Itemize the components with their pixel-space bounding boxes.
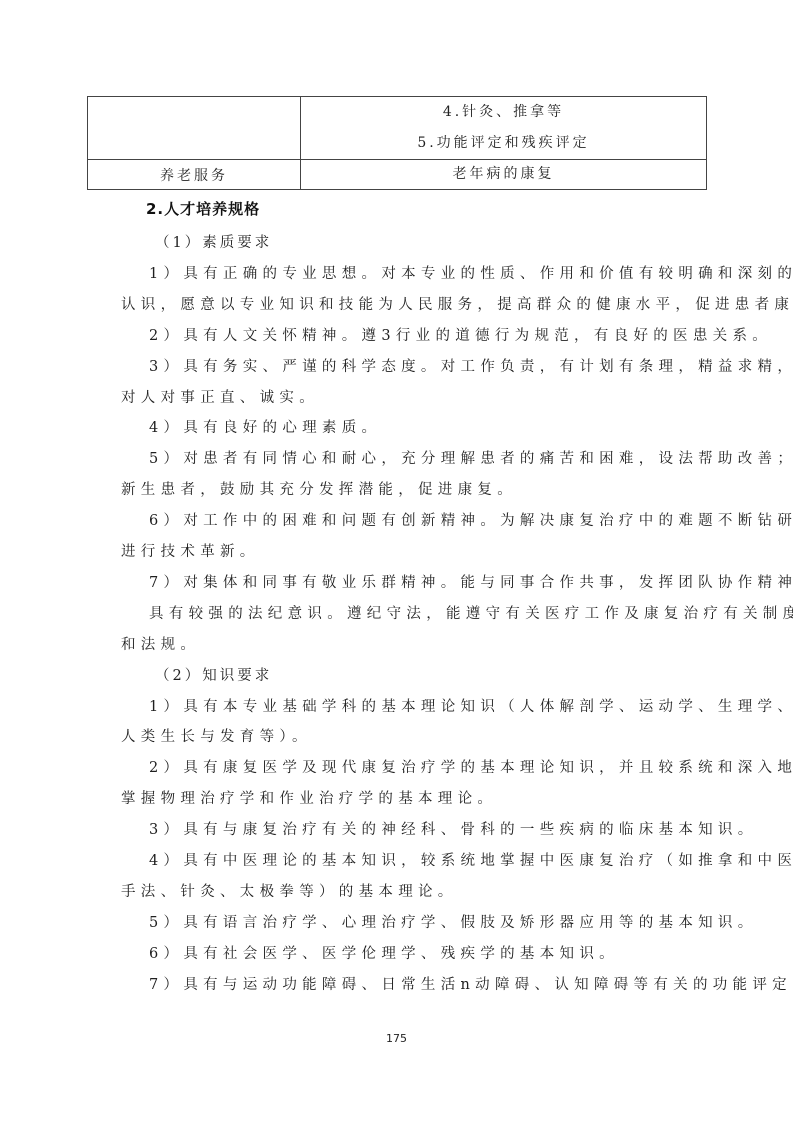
table-cell-category — [88, 97, 301, 160]
document-page: 4.针灸、推拿等 5.功能评定和残疾评定 养老服务 老年病的康复 2.人才培养规… — [0, 0, 793, 1122]
paragraph-line: 7）对集体和同事有敬业乐群精神。能与同事合作共事，发挥团队协作精神。 — [149, 573, 793, 593]
table-row: 4.针灸、推拿等 5.功能评定和残疾评定 — [88, 97, 707, 160]
paragraph-line: 4）具有良好的心理素质。 — [149, 418, 381, 438]
paragraph-line: 和法规。 — [121, 635, 200, 655]
paragraph-line: 3）具有务实、严谨的科学态度。对工作负责，有计划有条理，精益求精， — [149, 357, 793, 377]
table-cell-content: 4.针灸、推拿等 5.功能评定和残疾评定 — [301, 97, 707, 160]
paragraph-line: 2）具有人文关怀精神。遵3行业的道德行为规范，有良好的医患关系。 — [149, 326, 772, 346]
cell-line: 5.功能评定和残疾评定 — [301, 128, 706, 159]
paragraph-line: 7）具有与运动功能障碍、日常生活n动障碍、认知障碍等有关的功能评定 — [149, 975, 792, 995]
paragraph-line: 掌握物理治疗学和作业治疗学的基本理论。 — [121, 789, 497, 809]
page-number: 175 — [0, 1032, 793, 1045]
paragraph-line: 进行技术革新。 — [121, 542, 260, 562]
paragraph-line: 6）具有社会医学、医学伦理学、残疾学的基本知识。 — [149, 944, 619, 964]
subsection-heading: （1）素质要求 — [155, 233, 272, 253]
paragraph-line: 人类生长与发育等）。 — [121, 727, 312, 747]
table-row: 养老服务 老年病的康复 — [88, 160, 707, 190]
paragraph-line: 3）具有与康复治疗有关的神经科、骨科的一些疾病的临床基本知识。 — [149, 820, 758, 840]
subsection-heading: （2）知识要求 — [155, 666, 272, 686]
paragraph-line: 具有较强的法纪意识。遵纪守法，能遵守有关医疗工作及康复治疗有关制度 — [149, 604, 793, 624]
paragraph-line: 5）对患者有同情心和耐心，充分理解患者的痛苦和困难，设法帮助改善； — [149, 449, 793, 469]
paragraph-line: 对人对事正直、诚实。 — [121, 388, 319, 408]
career-table: 4.针灸、推拿等 5.功能评定和残疾评定 养老服务 老年病的康复 — [87, 96, 707, 190]
paragraph-line: 6）对工作中的困难和问题有创新精神。为解决康复治疗中的难题不断钻研， — [149, 511, 793, 531]
paragraph-line: 新生患者，鼓励其充分发挥潜能，促进康复。 — [121, 480, 517, 500]
paragraph-line: 1）具有正确的专业思想。对本专业的性质、作用和价值有较明确和深刻的 — [149, 264, 793, 284]
cell-line: 老年病的康复 — [301, 160, 706, 189]
table-cell-content: 老年病的康复 — [301, 160, 707, 190]
paragraph-line: 5）具有语言治疗学、心理治疗学、假肢及矫形器应用等的基本知识。 — [149, 913, 758, 933]
table-cell-category: 养老服务 — [88, 160, 301, 190]
paragraph-line: 4）具有中医理论的基本知识，较系统地掌握中医康复治疗（如推拿和中医 — [149, 851, 793, 871]
cell-line: 4.针灸、推拿等 — [301, 97, 706, 128]
section-heading: 2.人才培养规格 — [146, 198, 260, 219]
paragraph-line: 手法、针灸、太极拳等）的基本理论。 — [121, 882, 458, 902]
paragraph-line: 认识，愿意以专业知识和技能为人民服务，提高群众的健康水平，促进患者康复。 — [121, 295, 793, 315]
paragraph-line: 2）具有康复医学及现代康复治疗学的基本理论知识，并且较系统和深入地 — [149, 758, 793, 778]
paragraph-line: 1）具有本专业基础学科的基本理论知识（人体解剖学、运动学、生理学、 — [149, 697, 793, 717]
